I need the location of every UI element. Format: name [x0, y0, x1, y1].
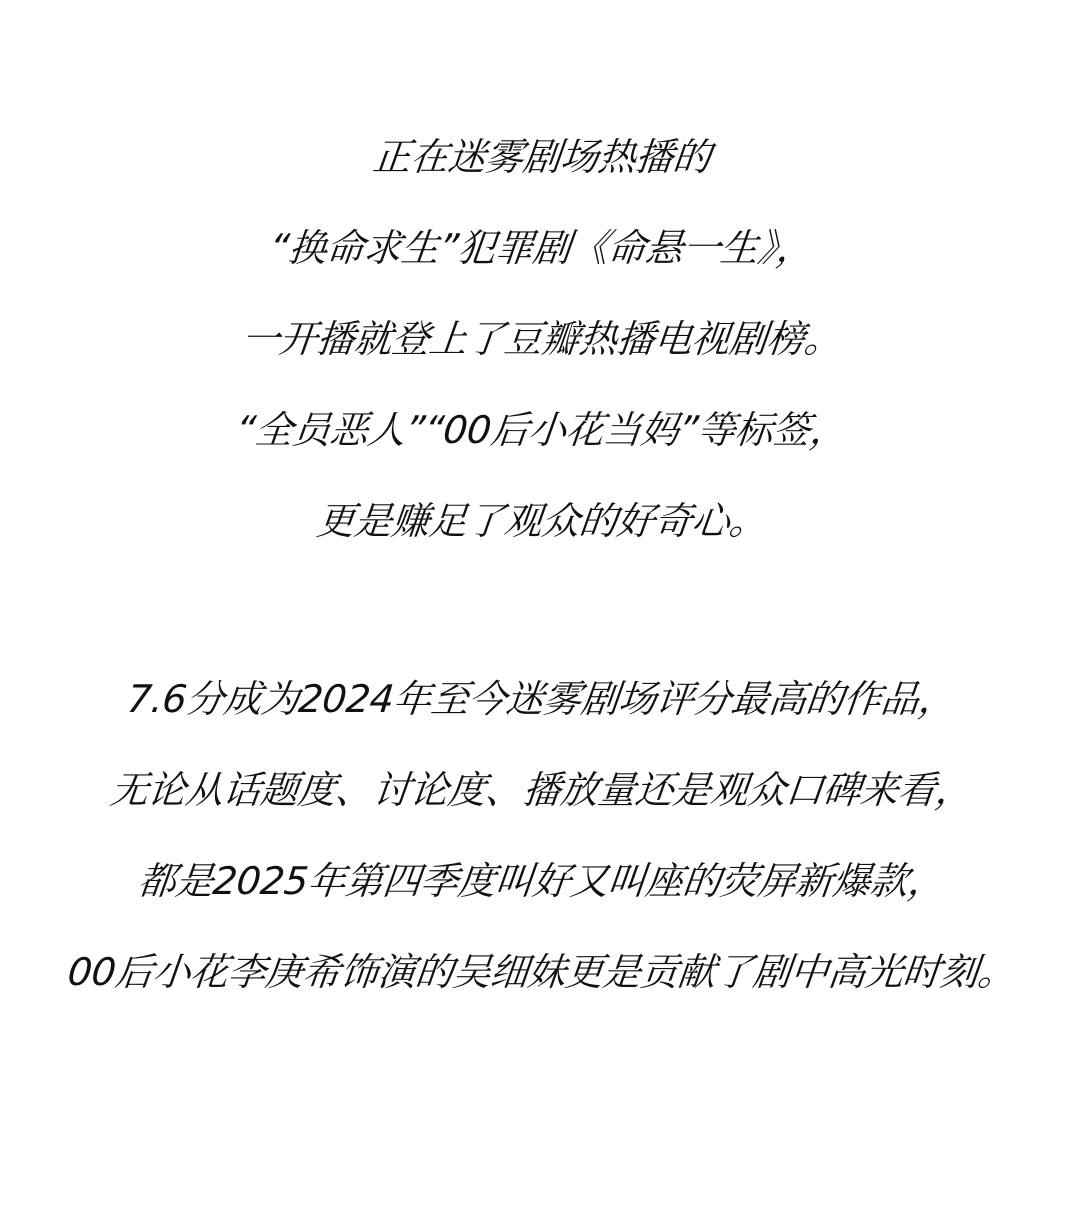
text-line: “全员恶人”“00后小花当妈”等标签， — [0, 401, 1080, 492]
text-line: 正在迷雾剧场热播的 — [0, 128, 1080, 219]
text-line: 更是赚足了观众的好奇心。 — [0, 492, 1080, 583]
text-line: “换命求生”犯罪剧《命悬一生》， — [0, 219, 1080, 310]
text-line: 都是2025年第四季度叫好又叫座的荧屏新爆款， — [0, 852, 1080, 943]
paragraph-intro: 正在迷雾剧场热播的 “换命求生”犯罪剧《命悬一生》， 一开播就登上了豆瓣热播电视… — [0, 128, 1080, 583]
text-line: 无论从话题度、讨论度、播放量还是观众口碑来看， — [0, 761, 1080, 852]
paragraph-rating: 7.6分成为2024年至今迷雾剧场评分最高的作品， 无论从话题度、讨论度、播放量… — [0, 670, 1080, 1034]
text-line: 7.6分成为2024年至今迷雾剧场评分最高的作品， — [0, 670, 1080, 761]
text-line: 一开播就登上了豆瓣热播电视剧榜。 — [0, 310, 1080, 401]
text-line: 00后小花李庚希饰演的吴细妹更是贡献了剧中高光时刻。 — [0, 943, 1080, 1034]
article-page: 正在迷雾剧场热播的 “换命求生”犯罪剧《命悬一生》， 一开播就登上了豆瓣热播电视… — [0, 0, 1080, 1220]
